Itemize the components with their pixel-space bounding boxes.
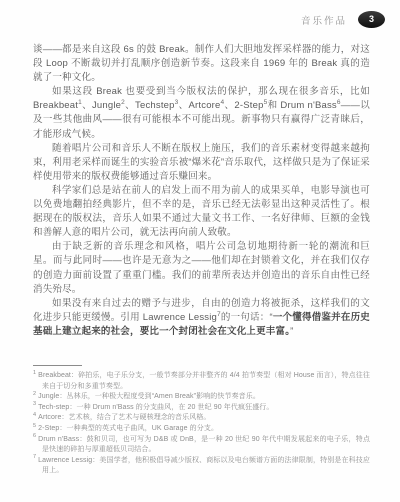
bold-quote: 一个懂得借鉴并在历史基础上建立起来的社会，要比一个封闭社会在文化上更丰富。 <box>33 312 370 337</box>
paragraph: 如果这段 Break 也要受到当今版权法的保护，那么现在很多音乐，比如 Brea… <box>33 85 370 141</box>
footnote-divider <box>33 365 82 366</box>
footnote-item: 2Jungle：丛林乐，一种极大程度受到“Amen Break”影响的快节奏音乐… <box>33 392 370 403</box>
paragraph: 随着唱片公司和音乐人不断在版权上施压，我们的音乐素材变得越来越拘束，利用老采样而… <box>33 142 370 184</box>
footnote-number: 1 <box>33 370 36 376</box>
footnote-ref: 2 <box>121 99 125 106</box>
body-text: 谈——都是来自这段 6s 的鼓 Break。制作人们大胆地发挥采样器的能力，对这… <box>33 43 370 339</box>
page-number-badge: 3 <box>358 11 385 28</box>
book-page: 音乐作品 3 谈——都是来自这段 6s 的鼓 Break。制作人们大胆地发挥采样… <box>0 0 400 502</box>
footnote-ref: 4 <box>221 99 225 106</box>
page-header: 音乐作品 3 <box>301 11 385 28</box>
paragraph: 谈——都是来自这段 6s 的鼓 Break。制作人们大胆地发挥采样器的能力，对这… <box>33 43 370 85</box>
paragraph: 科学家们总是站在前人的启发上而不用为前人的成果买单，电影导演也可以免费地翻拍经典… <box>33 184 370 240</box>
footnote-item: 1Breakbeat：碎拍乐，电子乐分支，一般节奏部分并非整齐的 4/4 拍节奏… <box>33 371 370 392</box>
footnote-item: 52-Step：一种典型的英式电子曲风，UK Garage 的分支。 <box>33 424 370 435</box>
footnote-item: 4Artcore：艺术核，结合了艺术与硬核理念的音乐风格。 <box>33 413 370 424</box>
footnote-number: 6 <box>33 433 36 439</box>
footnotes: 1Breakbeat：碎拍乐，电子乐分支，一般节奏部分并非整齐的 4/4 拍节奏… <box>33 371 370 477</box>
footnote-ref: 6 <box>337 99 341 106</box>
footnote-number: 5 <box>33 423 36 429</box>
footnote-number: 7 <box>33 454 36 460</box>
chapter-title: 音乐作品 <box>301 13 347 27</box>
footnote-ref: 7 <box>217 311 221 318</box>
footnote-item: 3Tech-step：一种 Drum n'Bass 的分支曲风，在 20 世纪 … <box>33 403 370 414</box>
footnote-ref: 3 <box>175 99 179 106</box>
paragraph: 如果没有来自过去的赠予与进步，自由的创造力将被扼杀，这样我们的文化进步只能更缓慢… <box>33 297 370 339</box>
footnote-number: 4 <box>33 412 36 418</box>
footnote-number: 3 <box>33 401 36 407</box>
footnote-ref: 1 <box>78 99 82 106</box>
footnote-item: 6Drum n'Bass：鼓和贝司，也可写为 D&B 或 DnB，是一种 20 … <box>33 435 370 456</box>
footnote-number: 2 <box>33 391 36 397</box>
footnote-item: 7Lawrence Lessig：美国学者，他积极倡导减少版权、商标以及电台频谱… <box>33 456 370 477</box>
footnote-ref: 5 <box>264 99 268 106</box>
paragraph: 由于缺乏新的音乐理念和风格，唱片公司急切地期待新一轮的潮流和巨星。而与此同时——… <box>33 240 370 296</box>
